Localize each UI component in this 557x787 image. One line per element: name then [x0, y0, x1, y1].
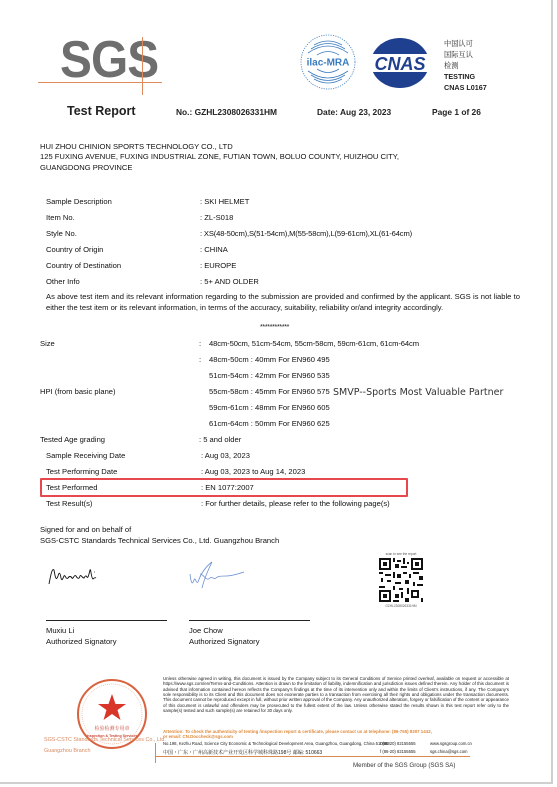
signatory-name: Joe Chow — [189, 626, 260, 637]
report-page: SGS ilac-MRA CNAS 中国认可 国际互认 检测 TESTING C… — [0, 0, 553, 784]
signature-muxiu-li-icon — [46, 562, 106, 590]
info-label: Test Performed — [46, 483, 98, 492]
email-link[interactable]: sgs.china@sgs.com — [430, 749, 468, 754]
signatory-block: Muxiu Li Authorized Signatory — [46, 626, 117, 647]
info-value: : EUROPE — [200, 261, 236, 270]
info-value: : 5 and older — [199, 435, 241, 444]
svg-text:ilac-MRA: ilac-MRA — [307, 58, 350, 69]
info-value: : 5+ AND OLDER — [200, 277, 259, 286]
svg-text:CNAS: CNAS — [374, 54, 425, 74]
info-value: : CHINA — [200, 245, 228, 254]
info-value: : Aug 03, 2023 — [201, 451, 250, 460]
info-label: Sample Receiving Date — [46, 451, 125, 460]
signed-line: Signed for and on behalf of — [40, 524, 279, 535]
separator: ************ — [260, 324, 289, 331]
signatory-name: Muxiu Li — [46, 626, 117, 637]
page-number: Page 1 of 26 — [432, 107, 481, 117]
info-value: : For further details, please refer to t… — [201, 499, 390, 508]
hpi-row: 51cm-54cm : 42mm For EN960 535 — [209, 371, 330, 380]
report-title: Test Report — [67, 104, 136, 118]
accreditation-line: CNAS L0167 — [444, 82, 487, 93]
accreditation-line: 检测 — [444, 60, 487, 71]
info-label: Test Performing Date — [46, 467, 117, 476]
info-label: Style No. — [46, 229, 77, 238]
signatory-role: Authorized Signatory — [46, 637, 117, 648]
cnas-logo-icon: CNAS — [369, 37, 431, 89]
accreditation-line: 中国认可 — [444, 38, 487, 49]
stamp-caption: Guangzhou Branch — [44, 748, 90, 754]
hpi-row: 59cm-61cm : 48mm For EN960 605 — [209, 403, 330, 412]
hpi-row: 61cm-64cm : 50mm For EN960 625 — [209, 419, 330, 428]
footer-divider-horizontal — [155, 756, 470, 757]
info-label: Other Info — [46, 277, 80, 286]
accreditation-line: 国际互认 — [444, 49, 487, 60]
accreditation-line: TESTING — [444, 71, 487, 82]
signature-joe-chow-icon — [186, 560, 246, 596]
qr-code-icon[interactable] — [377, 556, 425, 604]
applicant-disclaimer: As above test item and its relevant info… — [46, 292, 520, 313]
info-label: Test Result(s) — [46, 499, 92, 508]
telephone: t (86-20) 82155555 — [380, 741, 416, 746]
signed-on-behalf: Signed for and on behalf of SGS-CSTC Sta… — [40, 524, 279, 546]
website-link[interactable]: www.sgsgroup.com.cn — [430, 741, 472, 746]
info-label: Tested Age grading — [40, 435, 105, 444]
applicant-name: HUI ZHOU CHINION SPORTS TECHNOLOGY CO., … — [40, 142, 399, 152]
qr-caption: GZHL2308026331HM — [377, 604, 425, 608]
address-cn: 中国・广东・广州高新技术产业开发区科学城科珠路198号 邮编: 510663 — [163, 749, 322, 756]
logo-crosshair-horizontal — [38, 82, 162, 83]
sgs-logo-text: SGS — [60, 34, 158, 86]
signed-line: SGS-CSTC Standards Technical Services Co… — [40, 535, 279, 546]
info-label: Sample Description — [46, 197, 112, 206]
signature-line — [46, 620, 167, 621]
stamp-caption: SGS-CSTC Standards Technical Services Co… — [44, 737, 166, 743]
watermark-text: SMVP--Sports Most Valuable Partner — [333, 387, 503, 398]
info-label: Country of Origin — [46, 245, 103, 254]
fax: f (86-20) 82155555 — [380, 749, 416, 754]
info-label: Country of Destination — [46, 261, 121, 270]
size-value: 48cm-50cm, 51cm-54cm, 55cm-58cm, 59cm-61… — [209, 339, 419, 348]
qr-code-block[interactable]: scan to see the report GZHL2308026331HM — [377, 552, 425, 610]
hpi-colon: : — [199, 355, 201, 364]
info-value: : EN 1077:2007 — [201, 483, 254, 492]
logo-crosshair-vertical — [142, 37, 143, 95]
authenticity-notice: Attention: To check the authenticity of … — [163, 729, 432, 739]
hpi-row: 55cm-58cm : 45mm For EN960 575 — [209, 387, 330, 396]
member-statement: Member of the SGS Group (SGS SA) — [353, 762, 455, 769]
hpi-label: HPI (from basic plane) — [40, 387, 116, 396]
size-colon: : — [199, 339, 201, 348]
report-date: Date: Aug 23, 2023 — [317, 107, 391, 117]
info-value: : SKI HELMET — [200, 197, 249, 206]
signature-line — [189, 620, 310, 621]
accreditation-text: 中国认可 国际互认 检测 TESTING CNAS L0167 — [444, 38, 487, 93]
address-en: No.198, Kezhu Road, Science City Economi… — [163, 741, 390, 746]
applicant-address-line: GUANGDONG PROVINCE — [40, 163, 399, 173]
footer-divider-vertical — [155, 743, 156, 763]
info-value: : Aug 03, 2023 to Aug 14, 2023 — [201, 467, 305, 476]
applicant-block: HUI ZHOU CHINION SPORTS TECHNOLOGY CO., … — [40, 142, 399, 173]
hpi-row: 48cm-50cm : 40mm For EN960 495 — [209, 355, 330, 364]
report-number: No.: GZHL2308026331HM — [176, 107, 277, 117]
signatory-block: Joe Chow Authorized Signatory — [189, 626, 260, 647]
signatory-role: Authorized Signatory — [189, 637, 260, 648]
sgs-logo: SGS — [38, 30, 164, 92]
info-value: : XS(48-50cm),S(51-54cm),M(55-58cm),L(59… — [200, 229, 412, 238]
attention-email-link[interactable]: or email: CN.Doccheck@sgs.com — [163, 734, 432, 739]
legal-notice: Unless otherwise agreed in writing, this… — [163, 676, 509, 713]
info-value: : ZL-S018 — [200, 213, 233, 222]
ilac-mra-logo-icon: ilac-MRA — [299, 33, 357, 91]
size-label: Size — [40, 339, 55, 348]
applicant-address-line: 125 FUXING AVENUE, FUXING INDUSTRIAL ZON… — [40, 152, 399, 162]
svg-text:检验检测专用章: 检验检测专用章 — [94, 725, 129, 732]
info-label: Item No. — [46, 213, 75, 222]
